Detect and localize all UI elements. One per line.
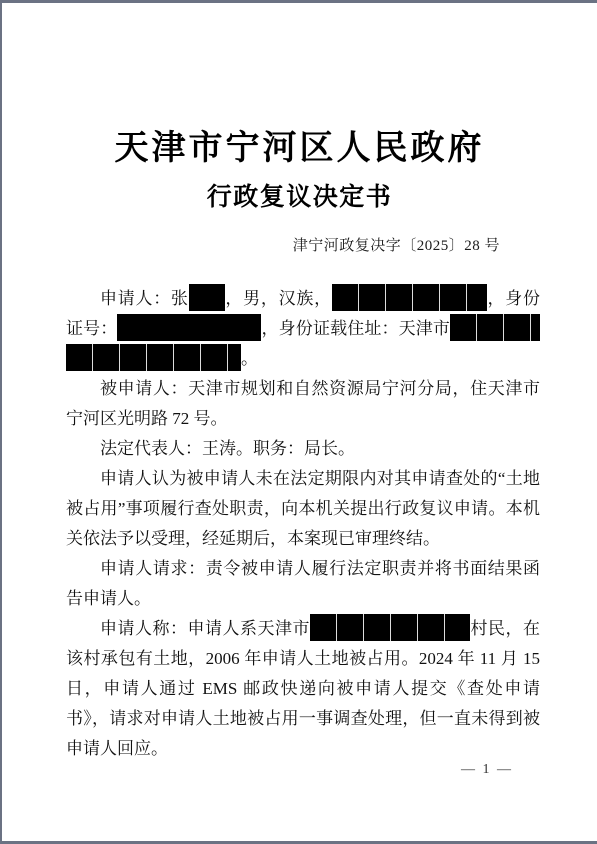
paragraph: 被申请人：天津市规划和自然资源局宁河分局，住天津市宁河区光明路 72 号。	[66, 374, 540, 434]
redaction-box	[450, 314, 540, 341]
redaction-box	[66, 344, 241, 371]
paragraph: 法定代表人：王涛。职务：局长。	[66, 434, 540, 464]
document-title: 天津市宁河区人民政府	[2, 126, 597, 170]
page-number: — 1 —	[461, 761, 513, 779]
paragraph: 申请人请求：责令被申请人履行法定职责并将书面结果函告申请人。	[66, 554, 540, 614]
paragraph: 申请人称：申请人系天津市村民，在该村承包有土地，2006 年申请人土地被占用。2…	[66, 614, 540, 764]
redaction-box	[332, 284, 487, 311]
redaction-box	[310, 614, 470, 641]
paragraph: 申请人认为被申请人未在法定期限内对其申请查处的“土地被占用”事项履行查处职责，向…	[66, 464, 540, 554]
redaction-box	[117, 314, 261, 341]
document-page: 天津市宁河区人民政府 行政复议决定书 津宁河政复决字〔2025〕28 号 申请人…	[0, 0, 597, 844]
paragraph: 申请人：张，男，汉族，，身份证号：，身份证载住址：天津市。	[66, 284, 540, 374]
document-number: 津宁河政复决字〔2025〕28 号	[2, 236, 597, 256]
redaction-box	[189, 284, 225, 311]
document-subtitle: 行政复议决定书	[2, 180, 597, 214]
document-body: 申请人：张，男，汉族，，身份证号：，身份证载住址：天津市。被申请人：天津市规划和…	[66, 284, 540, 764]
